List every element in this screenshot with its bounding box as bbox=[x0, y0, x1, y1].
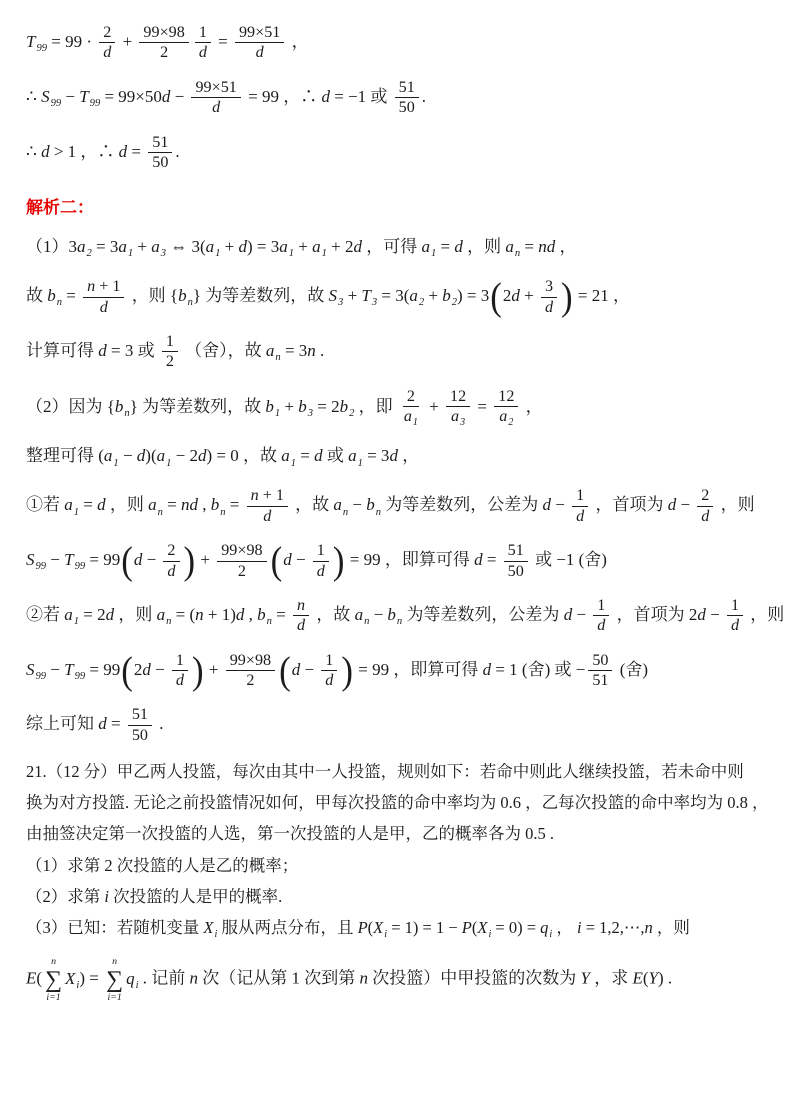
math-variable: n bbox=[645, 918, 653, 937]
text-run: (舍) bbox=[615, 660, 648, 679]
text-run: 2 bbox=[246, 672, 254, 689]
text-run: 1 bbox=[317, 542, 325, 559]
math-subscripted: an bbox=[148, 495, 163, 514]
text-run: 50 bbox=[399, 99, 415, 116]
fraction: 99×51d bbox=[235, 23, 284, 63]
text-run: + bbox=[196, 550, 214, 569]
fraction-numerator: n + 1 bbox=[83, 277, 124, 297]
formula-T99: T99 = 99 · 2d + 99×9821d = 99×51d ， bbox=[26, 23, 782, 63]
fraction-denominator: 2 bbox=[162, 352, 178, 371]
math-subscripted: a1 bbox=[279, 237, 294, 256]
math-subscripted: a1 bbox=[64, 605, 79, 624]
question-3-formula: E(n∑i=1Xi) = n∑i=1qi . 记前 n 次（记从第 1 次到第 … bbox=[26, 957, 782, 1003]
summation: n∑i=1 bbox=[106, 957, 123, 1003]
big-paren: ) bbox=[191, 654, 205, 687]
text-run: = 99 ，∴ bbox=[244, 87, 322, 106]
text-run: 50 bbox=[152, 154, 168, 171]
math-variable: n bbox=[360, 969, 369, 988]
fraction: 3d bbox=[541, 277, 557, 317]
text-run: 50 bbox=[592, 652, 608, 669]
fraction-denominator: 50 bbox=[504, 562, 528, 581]
fraction: 5150 bbox=[395, 78, 419, 118]
text-run: + 1 bbox=[259, 487, 284, 504]
math-subscripted: a1 bbox=[64, 495, 79, 514]
text-run: 51 bbox=[508, 542, 524, 559]
text-run: = bbox=[296, 446, 314, 465]
text-run: + bbox=[280, 397, 298, 416]
math-variable: Y bbox=[581, 969, 590, 988]
text-run: 1 bbox=[731, 597, 739, 614]
math-variable: nd bbox=[181, 495, 198, 514]
text-run: 次投篮的人是甲的概率. bbox=[109, 887, 282, 906]
text-run: （1）3 bbox=[26, 237, 77, 256]
big-paren: ) bbox=[560, 280, 574, 313]
text-run: 解析二： bbox=[26, 198, 94, 217]
text-run: ⇔ 3( bbox=[166, 237, 206, 256]
text-run: ) = 3 bbox=[247, 237, 279, 256]
fraction: 5150 bbox=[504, 541, 528, 581]
math-subscripted: S99 bbox=[26, 660, 46, 679]
math-variable: d bbox=[199, 44, 207, 61]
math-variable: d bbox=[576, 508, 584, 525]
text-run: + bbox=[424, 286, 442, 305]
text-run: = 2 bbox=[313, 397, 340, 416]
fraction: nd bbox=[293, 596, 309, 636]
text-run: = bbox=[272, 605, 290, 624]
fraction-denominator: d bbox=[163, 562, 179, 581]
text-run: . 记前 bbox=[139, 969, 190, 988]
question-1: （1）求第 2 次投篮的人是乙的概率； bbox=[26, 854, 782, 877]
text-run: ①若 bbox=[26, 495, 64, 514]
text-run: 2 bbox=[407, 388, 415, 405]
math-subscripted: Xi bbox=[373, 918, 387, 937]
text-run: )( bbox=[145, 446, 156, 465]
text-run: 12 bbox=[450, 388, 466, 405]
text-run: = bbox=[473, 397, 491, 416]
fraction-denominator: 2 bbox=[156, 43, 172, 62]
fraction-numerator: 12 bbox=[446, 387, 470, 407]
text-run: 1 bbox=[325, 652, 333, 669]
math-variable: d bbox=[256, 44, 264, 61]
math-variable: d bbox=[317, 563, 325, 580]
text-run: 12 bbox=[498, 388, 514, 405]
math-variable: Y bbox=[649, 969, 658, 988]
text-run: ，故 bbox=[291, 495, 334, 514]
case1-equation: S99 − T99 = 99(d − 2d) + 99×982(d − 1d) … bbox=[26, 541, 782, 581]
text-run: ) = 3 bbox=[457, 286, 489, 305]
math-subscripted: an bbox=[333, 495, 348, 514]
fraction: 1d bbox=[593, 596, 609, 636]
text-run: 或 −1 (舍) bbox=[531, 550, 607, 569]
text-run: 50 bbox=[132, 727, 148, 744]
question-3: （3）已知：若随机变量 Xi 服从两点分布，且 P(Xi = 1) = 1 − … bbox=[26, 916, 782, 943]
text-run: = 3 bbox=[92, 237, 119, 256]
fraction: 2d bbox=[99, 23, 115, 63]
math-subscripted: an bbox=[266, 341, 281, 360]
text-run: （3）已知：若随机变量 bbox=[26, 918, 203, 937]
fraction: 2d bbox=[697, 486, 713, 526]
text-run: ∴ bbox=[26, 141, 41, 160]
fraction-numerator: 1 bbox=[727, 596, 743, 616]
text-run: 为等差数列，公差为 bbox=[402, 605, 564, 624]
fraction-numerator: 51 bbox=[504, 541, 528, 561]
fraction: 12a2 bbox=[494, 387, 518, 430]
text-run: 51 bbox=[132, 706, 148, 723]
math-subscripted: bn bbox=[47, 286, 62, 305]
fraction-numerator: 50 bbox=[588, 651, 612, 671]
text-run: ， bbox=[555, 237, 576, 256]
text-run: ，则 bbox=[114, 605, 157, 624]
formula-S99-minus-T99: ∴ S99 − T99 = 99×50d − 99×51d = 99 ，∴ d … bbox=[26, 78, 782, 118]
math-variable: P bbox=[462, 918, 472, 937]
fraction-numerator: 99×98 bbox=[226, 651, 275, 671]
math-subscripted: T3 bbox=[361, 286, 377, 305]
fraction-numerator: 2 bbox=[163, 541, 179, 561]
math-subscripted: b3 bbox=[298, 397, 313, 416]
text-run: = bbox=[62, 286, 80, 305]
fraction-denominator: 2 bbox=[234, 562, 250, 581]
fraction-numerator: 3 bbox=[541, 277, 557, 297]
text-run: − bbox=[572, 605, 590, 624]
text-run: − bbox=[300, 660, 318, 679]
sigma-icon: ∑ bbox=[106, 968, 123, 993]
fraction-denominator: a1 bbox=[400, 407, 422, 429]
text-run: + bbox=[133, 237, 151, 256]
math-variable: d bbox=[167, 563, 175, 580]
fraction: n + 1d bbox=[83, 277, 124, 317]
fraction-denominator: 50 bbox=[128, 726, 152, 745]
math-variable: d bbox=[263, 508, 271, 525]
text-run: 50 bbox=[508, 563, 524, 580]
text-run: 计算可得 bbox=[26, 341, 98, 360]
text-run: = bbox=[79, 495, 97, 514]
math-variable: d bbox=[103, 44, 111, 61]
text-run: 2 bbox=[103, 24, 111, 41]
math-variable: d bbox=[389, 446, 398, 465]
fraction-numerator: n + 1 bbox=[247, 486, 288, 506]
text-run: ，则 bbox=[653, 918, 690, 937]
fraction-denominator: d bbox=[259, 507, 275, 526]
big-paren: ( bbox=[278, 654, 292, 687]
math-subscripted: a1 bbox=[157, 446, 172, 465]
text-run: = bbox=[520, 237, 538, 256]
text-run: ， bbox=[521, 397, 542, 416]
math-variable: d bbox=[292, 660, 301, 679]
math-variable: d bbox=[239, 237, 248, 256]
text-run: = 99×50 bbox=[100, 87, 162, 106]
question-2: （2）求第 i 次投篮的人是甲的概率. bbox=[26, 885, 782, 908]
text-run: （2）求第 bbox=[26, 887, 104, 906]
fraction-denominator: d bbox=[541, 298, 557, 317]
text-run: , bbox=[244, 605, 257, 624]
math-subscripted: T99 bbox=[64, 550, 85, 569]
math-variable: E bbox=[26, 969, 36, 988]
fraction: 5051 bbox=[588, 651, 612, 691]
text-run: 99×98 bbox=[221, 542, 262, 559]
fraction-denominator: 50 bbox=[148, 153, 172, 172]
text-run: , bbox=[198, 495, 211, 514]
text-run: ，首项为 2 bbox=[612, 605, 697, 624]
fraction-numerator: 99×98 bbox=[217, 541, 266, 561]
text-run: 99×51 bbox=[239, 24, 280, 41]
heading-analysis-2: 解析二： bbox=[26, 196, 782, 220]
text-run: 51 bbox=[399, 79, 415, 96]
text-run: = 1 (舍) 或 − bbox=[491, 660, 585, 679]
math-variable: E bbox=[632, 969, 642, 988]
text-run: （2）因为 { bbox=[26, 397, 115, 416]
case1-setup: ①若 a1 = d ，则 an = nd , bn = n + 1d ，故 an… bbox=[26, 486, 782, 526]
fraction: 12a3 bbox=[446, 387, 470, 430]
text-run: ) . bbox=[658, 969, 672, 988]
fraction: 2d bbox=[163, 541, 179, 581]
text-run: ) = 0 ，故 bbox=[206, 446, 281, 465]
text-run: + 1 bbox=[95, 278, 120, 295]
fraction: 99×51d bbox=[191, 78, 240, 118]
math-variable: d bbox=[142, 660, 151, 679]
problem21-text-1: 21.（12 分）甲乙两人投篮，每次由其中一人投篮，规则如下：若命中则此人继续投… bbox=[26, 760, 782, 783]
text-run: + bbox=[425, 397, 443, 416]
math-variable: d bbox=[597, 617, 605, 634]
math-subscripted: T99 bbox=[64, 660, 85, 679]
math-subscripted: a1 bbox=[348, 446, 363, 465]
conclusion: 综上可知 d = 5150 . bbox=[26, 705, 782, 745]
fraction: 99×982 bbox=[226, 651, 275, 691]
step1-derivation: （1）3a2 = 3a1 + a3 ⇔ 3(a1 + d) = 3a1 + a1… bbox=[26, 235, 782, 262]
math-variable: d bbox=[564, 605, 573, 624]
fraction-numerator: 12 bbox=[494, 387, 518, 407]
step2-condition: （2）因为 {bn} 为等差数列，故 b1 + b3 = 2b2 ，即 2a1 … bbox=[26, 387, 782, 430]
fraction-numerator: 1 bbox=[195, 23, 211, 43]
step2-factored: 整理可得 (a1 − d)(a1 − 2d) = 0 ，故 a1 = d 或 a… bbox=[26, 444, 782, 471]
big-paren: ) bbox=[340, 654, 354, 687]
text-run: − bbox=[170, 87, 188, 106]
math-subscripted: bn bbox=[211, 495, 226, 514]
fraction-denominator: d bbox=[208, 98, 224, 117]
text-run: 故 bbox=[26, 286, 47, 305]
text-run: 1 bbox=[166, 333, 174, 350]
math-variable: d bbox=[731, 617, 739, 634]
text-run: = 99 bbox=[85, 660, 120, 679]
fraction: 1d bbox=[313, 541, 329, 581]
fraction-denominator: d bbox=[252, 43, 268, 62]
text-run: − bbox=[551, 495, 569, 514]
fraction-numerator: 1 bbox=[593, 596, 609, 616]
text-run: ，则 bbox=[716, 495, 754, 514]
math-variable: d bbox=[474, 550, 483, 569]
text-run: − bbox=[119, 446, 137, 465]
text-run: 由抽签决定第一次投篮的人选，第一次投篮的人是甲，乙的概率各为 0.5 . bbox=[26, 824, 554, 843]
text-run: . bbox=[422, 87, 426, 106]
summation: n∑i=1 bbox=[45, 957, 62, 1003]
fraction-denominator: d bbox=[99, 43, 115, 62]
text-run: 为等差数列，公差为 bbox=[381, 495, 543, 514]
text-run: + 1) bbox=[204, 605, 236, 624]
fraction-numerator: 1 bbox=[321, 651, 337, 671]
text-run: . bbox=[155, 714, 164, 733]
math-subscripted: a3 bbox=[151, 237, 166, 256]
text-run: ，首项为 bbox=[591, 495, 668, 514]
math-subscripted: a2 bbox=[409, 286, 424, 305]
text-run: = 2 bbox=[79, 605, 106, 624]
math-subscripted: a3 bbox=[451, 408, 465, 425]
fraction: n + 1d bbox=[247, 486, 288, 526]
math-subscripted: a1 bbox=[206, 237, 221, 256]
text-run: − bbox=[142, 550, 160, 569]
text-run: 服从两点分布，且 bbox=[217, 918, 357, 937]
math-subscripted: an bbox=[355, 605, 370, 624]
text-run: + bbox=[220, 237, 238, 256]
fraction: 5150 bbox=[148, 133, 172, 173]
case2-equation: S99 − T99 = 99(2d − 1d) + 99×982(d − 1d)… bbox=[26, 651, 782, 691]
fraction-denominator: d bbox=[727, 616, 743, 635]
text-run: = 3( bbox=[377, 286, 409, 305]
math-subscripted: a1 bbox=[104, 446, 119, 465]
fraction: 5150 bbox=[128, 705, 152, 745]
math-subscripted: qi bbox=[126, 969, 138, 988]
text-run: 换为对方投篮. 无论之前投篮情况如何，甲每次投篮的命中率均为 0.6 ，乙每次投… bbox=[26, 793, 769, 812]
text-run: . bbox=[316, 341, 325, 360]
fraction-numerator: 99×51 bbox=[235, 23, 284, 43]
text-run: 51 bbox=[152, 134, 168, 151]
step1-result: 计算可得 d = 3 或 12 （舍），故 an = 3n . bbox=[26, 332, 782, 372]
math-variable: d bbox=[41, 141, 50, 160]
text-run: 2 bbox=[701, 487, 709, 504]
text-run: = 3 或 bbox=[107, 341, 159, 360]
math-variable: d bbox=[212, 99, 220, 116]
text-run: = 99 ，即算可得 bbox=[354, 660, 483, 679]
fraction-numerator: 99×98 bbox=[139, 23, 188, 43]
text-run: = −1 或 bbox=[330, 87, 392, 106]
text-run: = bbox=[163, 495, 181, 514]
math-variable: d bbox=[697, 605, 706, 624]
text-run: = 99 · bbox=[47, 32, 96, 51]
math-variable: d bbox=[297, 617, 305, 634]
text-run: 1 bbox=[597, 597, 605, 614]
math-subscripted: a1 bbox=[404, 408, 418, 425]
math-subscripted: S3 bbox=[329, 286, 344, 305]
big-paren: ) bbox=[183, 545, 197, 578]
math-variable: d bbox=[100, 299, 108, 316]
math-variable: d bbox=[545, 299, 553, 316]
math-subscripted: qi bbox=[540, 918, 552, 937]
math-variable: d bbox=[668, 495, 677, 514]
text-run: − bbox=[151, 660, 169, 679]
text-run: （1）求第 2 次投篮的人是乙的概率； bbox=[26, 856, 298, 875]
math-variable: d bbox=[98, 341, 107, 360]
text-run: = bbox=[214, 32, 232, 51]
text-run: ， bbox=[398, 446, 419, 465]
text-run: ，故 bbox=[312, 605, 355, 624]
text-run: ∴ bbox=[26, 87, 41, 106]
math-subscripted: bn bbox=[115, 397, 130, 416]
math-subscripted: a1 bbox=[312, 237, 327, 256]
math-variable: nd bbox=[538, 237, 555, 256]
text-run: } 为等差数列，故 bbox=[193, 286, 329, 305]
text-run: 2 bbox=[160, 44, 168, 61]
math-subscripted: T99 bbox=[79, 87, 100, 106]
math-variable: d bbox=[106, 605, 115, 624]
fraction: 1d bbox=[172, 651, 188, 691]
summation-lower: i=1 bbox=[107, 993, 121, 1003]
big-paren: ( bbox=[120, 545, 134, 578]
fraction-numerator: 99×51 bbox=[191, 78, 240, 98]
math-subscripted: bn bbox=[387, 605, 402, 624]
document-body: T99 = 99 · 2d + 99×9821d = 99×51d ，∴ S99… bbox=[0, 0, 800, 1003]
text-run: − bbox=[369, 605, 387, 624]
math-subscripted: S99 bbox=[26, 550, 46, 569]
fraction-numerator: 1 bbox=[162, 332, 178, 352]
text-run: 51 bbox=[592, 672, 608, 689]
math-subscripted: Xi bbox=[65, 969, 79, 988]
text-run: ，则 bbox=[746, 605, 784, 624]
fraction-denominator: d bbox=[697, 507, 713, 526]
text-run: 综上可知 bbox=[26, 714, 98, 733]
fraction-denominator: 2 bbox=[242, 671, 258, 690]
fraction-numerator: 51 bbox=[128, 705, 152, 725]
text-run: 99×51 bbox=[195, 79, 236, 96]
text-run: = 1) = 1 − bbox=[387, 918, 462, 937]
text-run: 或 bbox=[323, 446, 349, 465]
fraction-numerator: 2 bbox=[697, 486, 713, 506]
math-variable: d bbox=[701, 508, 709, 525]
text-run: 99×98 bbox=[143, 24, 184, 41]
summation-lower: i=1 bbox=[46, 993, 60, 1003]
text-run: 21.（12 分）甲乙两人投篮，每次由其中一人投篮，规则如下：若命中则此人继续投… bbox=[26, 762, 744, 781]
text-run: = bbox=[127, 141, 145, 160]
fraction-numerator: 51 bbox=[148, 133, 172, 153]
math-subscripted: b1 bbox=[265, 397, 280, 416]
fraction: 1d bbox=[727, 596, 743, 636]
text-run: = 99 bbox=[85, 550, 120, 569]
fraction-numerator: 1 bbox=[172, 651, 188, 671]
text-run: = 3 bbox=[281, 341, 308, 360]
math-subscripted: a1 bbox=[118, 237, 133, 256]
text-run: 次投篮）中甲投篮的次数为 bbox=[368, 969, 581, 988]
fraction-numerator: 1 bbox=[313, 541, 329, 561]
text-run: 2 bbox=[167, 542, 175, 559]
fraction-denominator: d bbox=[321, 671, 337, 690]
math-variable: n bbox=[190, 969, 199, 988]
text-run: 次（记从第 1 次到第 bbox=[198, 969, 360, 988]
text-run: = bbox=[436, 237, 454, 256]
math-variable: n bbox=[307, 341, 316, 360]
math-subscripted: bn bbox=[257, 605, 272, 624]
fraction: 2a1 bbox=[400, 387, 422, 430]
fraction-denominator: d bbox=[572, 507, 588, 526]
fraction: 1d bbox=[321, 651, 337, 691]
fraction-denominator: d bbox=[96, 298, 112, 317]
math-subscripted: S99 bbox=[41, 87, 61, 106]
text-run: + bbox=[520, 286, 538, 305]
math-variable: d bbox=[176, 672, 184, 689]
case2-setup: ②若 a1 = 2d ，则 an = (n + 1)d , bn = nd ，故… bbox=[26, 596, 782, 636]
text-run: > 1 ，∴ bbox=[50, 141, 119, 160]
text-run: ，则 bbox=[463, 237, 506, 256]
math-subscripted: b2 bbox=[340, 397, 355, 416]
math-variable: d bbox=[98, 714, 107, 733]
text-run: − bbox=[46, 660, 64, 679]
text-run: = 1,2,⋯, bbox=[582, 918, 645, 937]
fraction-denominator: d bbox=[172, 671, 188, 690]
text-run: − bbox=[292, 550, 310, 569]
math-variable: d bbox=[283, 550, 292, 569]
text-run: + bbox=[343, 286, 361, 305]
math-variable: n bbox=[251, 487, 259, 504]
fraction-denominator: 51 bbox=[588, 671, 612, 690]
fraction-denominator: d bbox=[293, 616, 309, 635]
text-run: + bbox=[118, 32, 136, 51]
text-run: = bbox=[483, 550, 501, 569]
